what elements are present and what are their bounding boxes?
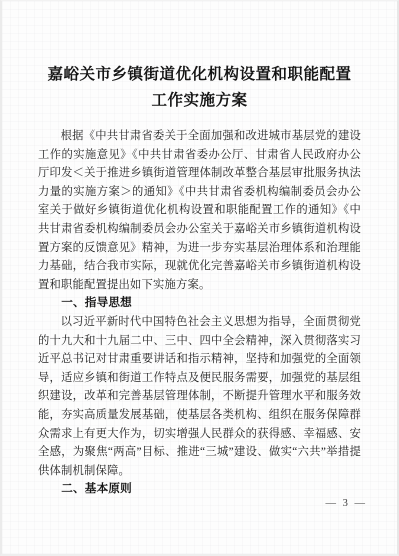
body-paragraph: 根据《中共甘肃省委关于全面加强和改进城市基层党的建设工作的实施意见》《中共甘肃省… (38, 127, 361, 294)
document-body: 根据《中共甘肃省委关于全面加强和改进城市基层党的建设工作的实施意见》《中共甘肃省… (38, 127, 361, 499)
document-page: 嘉峪关市乡镇街道优化机构设置和职能配置 工作实施方案 根据《中共甘肃省委关于全面… (0, 0, 399, 556)
document-title-line1: 嘉峪关市乡镇街道优化机构设置和职能配置 (2, 62, 397, 88)
body-paragraph: 以习近平新时代中国特色社会主义思想为指导，全面贯彻党的十九大和十九届二中、三中、… (38, 313, 361, 480)
section-heading: 一、指导思想 (38, 294, 361, 313)
document-title: 嘉峪关市乡镇街道优化机构设置和职能配置 工作实施方案 (2, 62, 397, 114)
section-heading: 二、基本原则 (38, 480, 361, 499)
page-number: — 3 — (326, 498, 368, 509)
document-title-line2: 工作实施方案 (2, 88, 397, 114)
